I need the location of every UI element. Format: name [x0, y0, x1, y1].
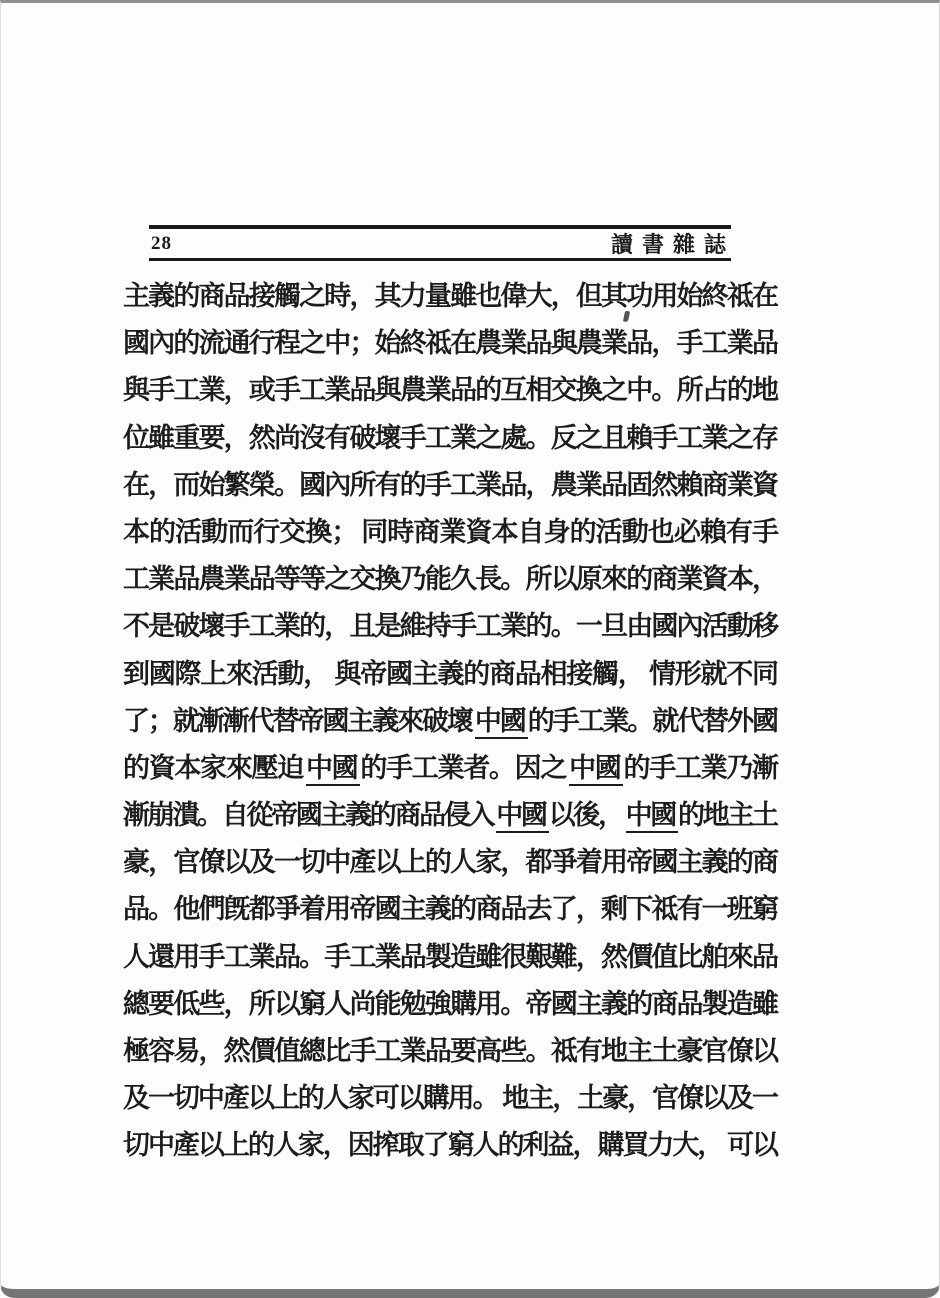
text-segment: 豪，官僚以及一切中產以上的人家，都爭着用帝國主義的商	[123, 847, 779, 877]
text-segment: 切中產以上的人家，因搾取了窮人的利益，購買力大， 可以	[123, 1130, 779, 1160]
text-line: 的資本家來壓迫中國的手工業者。因之中國的手工業乃漸	[123, 746, 779, 793]
text-segment: 主義的商品接觸之時，其力量雖也偉大，但其功用始終祗在	[123, 281, 779, 311]
text-segment: 的手工業。就代替外國	[528, 706, 779, 736]
text-line: 品。他們旣都爭着用帝國主義的商品去了，剩下祗有一班窮	[123, 887, 779, 934]
text-segment: 品。他們旣都爭着用帝國主義的商品去了，剩下祗有一班窮	[123, 894, 779, 924]
text-line: 人還用手工業品。手工業品製造雖很艱難，然價值比舶來品	[123, 935, 779, 982]
text-line: 不是破壞手工業的，且是維持手工業的。一旦由國內活動移	[123, 604, 779, 651]
proper-noun-underlined: 中國	[569, 753, 623, 786]
text-segment: 及一切中產以上的人家可以購用。 地主，土豪，官僚以及一	[123, 1083, 779, 1113]
proper-noun-underlined: 中國	[626, 800, 678, 833]
text-segment: 的地主土	[678, 800, 779, 830]
text-segment: 人還用手工業品。手工業品製造雖很艱難，然價值比舶來品	[123, 942, 779, 972]
text-segment: 到國際上來活動， 與帝國主義的商品相接觸， 情形就不同	[123, 659, 779, 689]
text-line: 總要低些，所以窮人尚能勉強購用。帝國主義的商品製造雖	[123, 982, 779, 1029]
text-segment: 本的活動而行交換； 同時商業資本自身的活動也必賴有手	[123, 517, 779, 547]
journal-title: 讀書雜誌	[611, 228, 735, 259]
text-segment: 以後，	[549, 800, 626, 830]
text-line: 豪，官僚以及一切中產以上的人家，都爭着用帝國主義的商	[123, 840, 779, 887]
scanned-page: 28 讀書雜誌 主義的商品接觸之時，其力量雖也偉大，但其功用始終祗在國內的流通行…	[0, 0, 940, 1298]
text-line: 在，而始繁榮。國內所有的手工業品，農業品固然賴商業資	[123, 463, 779, 510]
text-line: 及一切中產以上的人家可以購用。 地主，土豪，官僚以及一	[123, 1076, 779, 1123]
body-text: 主義的商品接觸之時，其力量雖也偉大，但其功用始終祗在國內的流通行程之中；始終祗在…	[123, 274, 779, 1171]
text-segment: 位雖重要，然尚沒有破壞手工業之處。反之且賴手工業之存	[123, 423, 779, 453]
text-segment: 了；就漸漸代替帝國主義來破壞	[123, 706, 475, 736]
text-segment: 在，而始繁榮。國內所有的手工業品，農業品固然賴商業資	[123, 470, 779, 500]
text-line: 位雖重要，然尚沒有破壞手工業之處。反之且賴手工業之存	[123, 416, 779, 463]
text-segment: 工業品農業品等等之交換乃能久長。所以原來的商業資本，	[123, 564, 779, 594]
proper-noun-underlined: 中國	[475, 706, 528, 739]
text-segment: 國內的流通行程之中；始終祗在農業品與農業品，手工業品	[123, 328, 779, 358]
text-line: 了；就漸漸代替帝國主義來破壞中國的手工業。就代替外國	[123, 699, 779, 746]
text-segment: 不是破壞手工業的，且是維持手工業的。一旦由國內活動移	[123, 611, 779, 641]
text-line: 極容易，然價值總比手工業品要高些。祗有地主土豪官僚以	[123, 1029, 779, 1076]
text-line: 漸崩潰。自從帝國主義的商品侵入中國以後，中國的地主土	[123, 793, 779, 840]
text-segment: 的手工業者。因之	[360, 753, 569, 783]
page-number: 28	[151, 233, 172, 255]
text-segment: 的資本家來壓迫	[123, 753, 306, 783]
proper-noun-underlined: 中國	[306, 753, 360, 786]
header-row: 28 讀書雜誌	[149, 229, 731, 258]
text-line: 工業品農業品等等之交換乃能久長。所以原來的商業資本，	[123, 557, 779, 604]
text-line: 主義的商品接觸之時，其力量雖也偉大，但其功用始終祗在	[123, 274, 779, 321]
text-segment: 與手工業，或手工業品與農業品的互相交換之中。所占的地	[123, 375, 779, 405]
text-segment: 總要低些，所以窮人尚能勉強購用。帝國主義的商品製造雖	[123, 989, 779, 1019]
text-line: 本的活動而行交換； 同時商業資本自身的活動也必賴有手	[123, 510, 779, 557]
text-segment: 極容易，然價值總比手工業品要高些。祗有地主土豪官僚以	[123, 1036, 779, 1066]
page-header: 28 讀書雜誌	[149, 225, 731, 261]
proper-noun-underlined: 中國	[496, 800, 548, 833]
text-line: 到國際上來活動， 與帝國主義的商品相接觸， 情形就不同	[123, 652, 779, 699]
text-line: 與手工業，或手工業品與農業品的互相交換之中。所占的地	[123, 368, 779, 415]
text-segment: 漸崩潰。自從帝國主義的商品侵入	[123, 800, 496, 830]
text-line: 國內的流通行程之中；始終祗在農業品與農業品，手工業品	[123, 321, 779, 368]
text-segment: 的手工業乃漸	[623, 753, 779, 783]
text-line: 切中產以上的人家，因搾取了窮人的利益，購買力大， 可以	[123, 1123, 779, 1170]
